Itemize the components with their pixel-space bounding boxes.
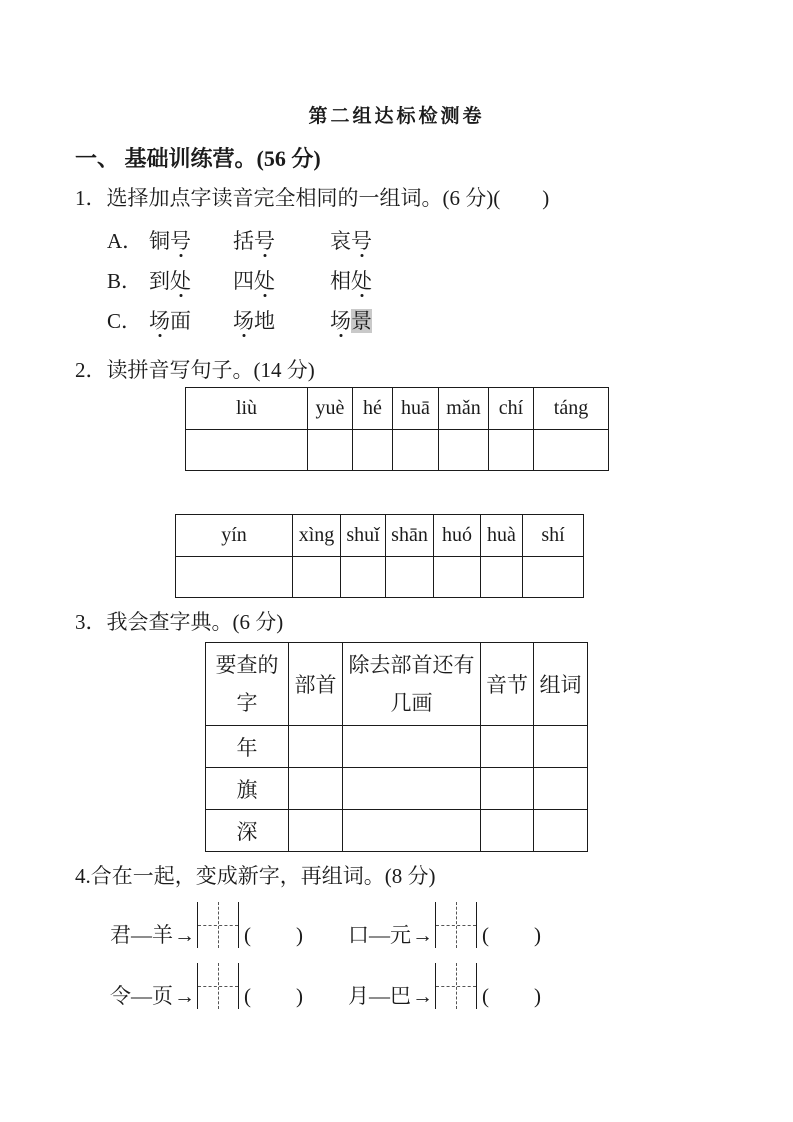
combo-item: 月—巴 → ( )	[348, 963, 542, 1009]
table-row: 年	[206, 726, 588, 768]
table-header-cell: 音节	[481, 643, 534, 726]
pinyin-cell: liù	[186, 388, 308, 430]
answer-cell	[343, 768, 481, 810]
pinyin-cell: shí	[523, 515, 584, 557]
combo-pair: 令—页	[110, 984, 173, 1008]
table-row: 旗	[206, 768, 588, 810]
pinyin-cell: shān	[386, 515, 434, 557]
answer-cell	[534, 810, 588, 852]
char-cell: 旗	[206, 768, 289, 810]
question-4-text: 4.合在一起，变成新字，再组词。(8 分)	[75, 865, 793, 887]
answer-cell	[481, 557, 523, 598]
right-arrow-icon: →	[412, 923, 433, 947]
emphasis-dot-char: 场	[233, 310, 254, 332]
emphasis-dot-char: 场	[330, 310, 351, 332]
table-header-cell: 要查的字	[206, 643, 289, 726]
option-label: C．	[107, 310, 149, 332]
combo-pair: 月—巴	[348, 984, 411, 1008]
pinyin-cell: yín	[176, 515, 293, 557]
answer-cell	[534, 430, 609, 471]
answer-cell	[439, 430, 489, 471]
answer-cell	[534, 768, 588, 810]
pinyin-cell: hé	[353, 388, 393, 430]
answer-cell	[289, 810, 343, 852]
answer-cell	[353, 430, 393, 471]
pinyin-cell: yuè	[308, 388, 353, 430]
option-word: 四处	[233, 270, 330, 292]
answer-cell	[481, 810, 534, 852]
emphasis-dot-char: 处	[170, 270, 191, 292]
option-word: 场地	[233, 310, 330, 332]
answer-cell	[176, 557, 293, 598]
answer-cell	[489, 430, 534, 471]
question-1-options: A． 铜号 括号 哀号 B． 到处 四处 相处 C． 场面 场地 场景	[107, 230, 793, 332]
table-header-cell: 组词	[534, 643, 588, 726]
writing-grid-box	[197, 902, 239, 948]
combo-item: 君—羊 → ( )	[110, 902, 348, 948]
emphasis-dot-char: 号	[351, 230, 372, 252]
option-label: B．	[107, 270, 149, 292]
option-word: 场景	[330, 310, 372, 332]
combo-pair: 口—元	[348, 923, 411, 947]
answer-cell	[523, 557, 584, 598]
test-paper-page: 第二组达标检测卷 一、 基础训练营。(56 分) 1．选择加点字读音完全相同的一…	[0, 0, 793, 1122]
word-blank-parens: ( )	[244, 923, 304, 947]
option-word: 哀号	[330, 230, 372, 252]
combo-item: 令—页 → ( )	[110, 963, 348, 1009]
answer-cell	[343, 726, 481, 768]
answer-cell	[289, 768, 343, 810]
right-arrow-icon: →	[174, 923, 195, 947]
option-row-b: B． 到处 四处 相处	[107, 270, 793, 292]
table-row: 深	[206, 810, 588, 852]
pinyin-cell: xìng	[293, 515, 341, 557]
writing-grid-box	[435, 902, 477, 948]
pinyin-cell: huó	[434, 515, 481, 557]
right-arrow-icon: →	[174, 984, 195, 1008]
char-cell: 年	[206, 726, 289, 768]
dictionary-table: 要查的字 部首 除去部首还有几画 音节 组词 年 旗 深	[205, 642, 588, 852]
option-word: 场面	[149, 310, 233, 332]
answer-cell	[341, 557, 386, 598]
page-title: 第二组达标检测卷	[0, 0, 793, 129]
pinyin-cell: mǎn	[439, 388, 489, 430]
table-header-cell: 部首	[289, 643, 343, 726]
word-blank-parens: ( )	[482, 984, 542, 1008]
answer-cell	[293, 557, 341, 598]
highlighted-char: 景	[351, 309, 372, 333]
answer-cell	[289, 726, 343, 768]
emphasis-dot-char: 号	[170, 230, 191, 252]
pinyin-cell: táng	[534, 388, 609, 430]
emphasis-dot-char: 处	[351, 270, 372, 292]
answer-cell	[343, 810, 481, 852]
answer-cell	[308, 430, 353, 471]
option-row-c: C． 场面 场地 场景	[107, 310, 793, 332]
pinyin-table-1: liù yuè hé huā mǎn chí táng	[185, 387, 609, 471]
emphasis-dot-char: 场	[149, 310, 170, 332]
combo-pair: 君—羊	[110, 923, 173, 947]
word-blank-parens: ( )	[244, 984, 304, 1008]
question-4-combos: 君—羊 → ( ) 口—元 → ( ) 令—页 → ( ) 月—巴 → ( )	[110, 902, 793, 1009]
emphasis-dot-char: 号	[254, 230, 275, 252]
pinyin-cell: huà	[481, 515, 523, 557]
pinyin-cell: shuǐ	[341, 515, 386, 557]
answer-cell	[481, 768, 534, 810]
question-1-text: 1．选择加点字读音完全相同的一组词。(6 分)( )	[75, 187, 793, 209]
char-cell: 深	[206, 810, 289, 852]
option-word: 括号	[233, 230, 330, 252]
question-2-text: 2．读拼音写句子。(14 分)	[75, 359, 793, 381]
answer-cell	[481, 726, 534, 768]
answer-cell	[393, 430, 439, 471]
answer-cell	[434, 557, 481, 598]
pinyin-cell: chí	[489, 388, 534, 430]
option-row-a: A． 铜号 括号 哀号	[107, 230, 793, 252]
answer-cell	[386, 557, 434, 598]
pinyin-table-2: yín xìng shuǐ shān huó huà shí	[175, 514, 584, 598]
option-word: 铜号	[149, 230, 233, 252]
option-word: 相处	[330, 270, 372, 292]
option-word: 到处	[149, 270, 233, 292]
table-header-cell: 除去部首还有几画	[343, 643, 481, 726]
right-arrow-icon: →	[412, 984, 433, 1008]
question-3-text: 3．我会查字典。(6 分)	[75, 611, 793, 633]
writing-grid-box	[197, 963, 239, 1009]
writing-grid-box	[435, 963, 477, 1009]
word-blank-parens: ( )	[482, 923, 542, 947]
answer-cell	[534, 726, 588, 768]
option-label: A．	[107, 230, 149, 252]
emphasis-dot-char: 处	[254, 270, 275, 292]
section-1-heading: 一、 基础训练营。(56 分)	[75, 147, 793, 170]
combo-item: 口—元 → ( )	[348, 902, 542, 948]
answer-cell	[186, 430, 308, 471]
pinyin-cell: huā	[393, 388, 439, 430]
